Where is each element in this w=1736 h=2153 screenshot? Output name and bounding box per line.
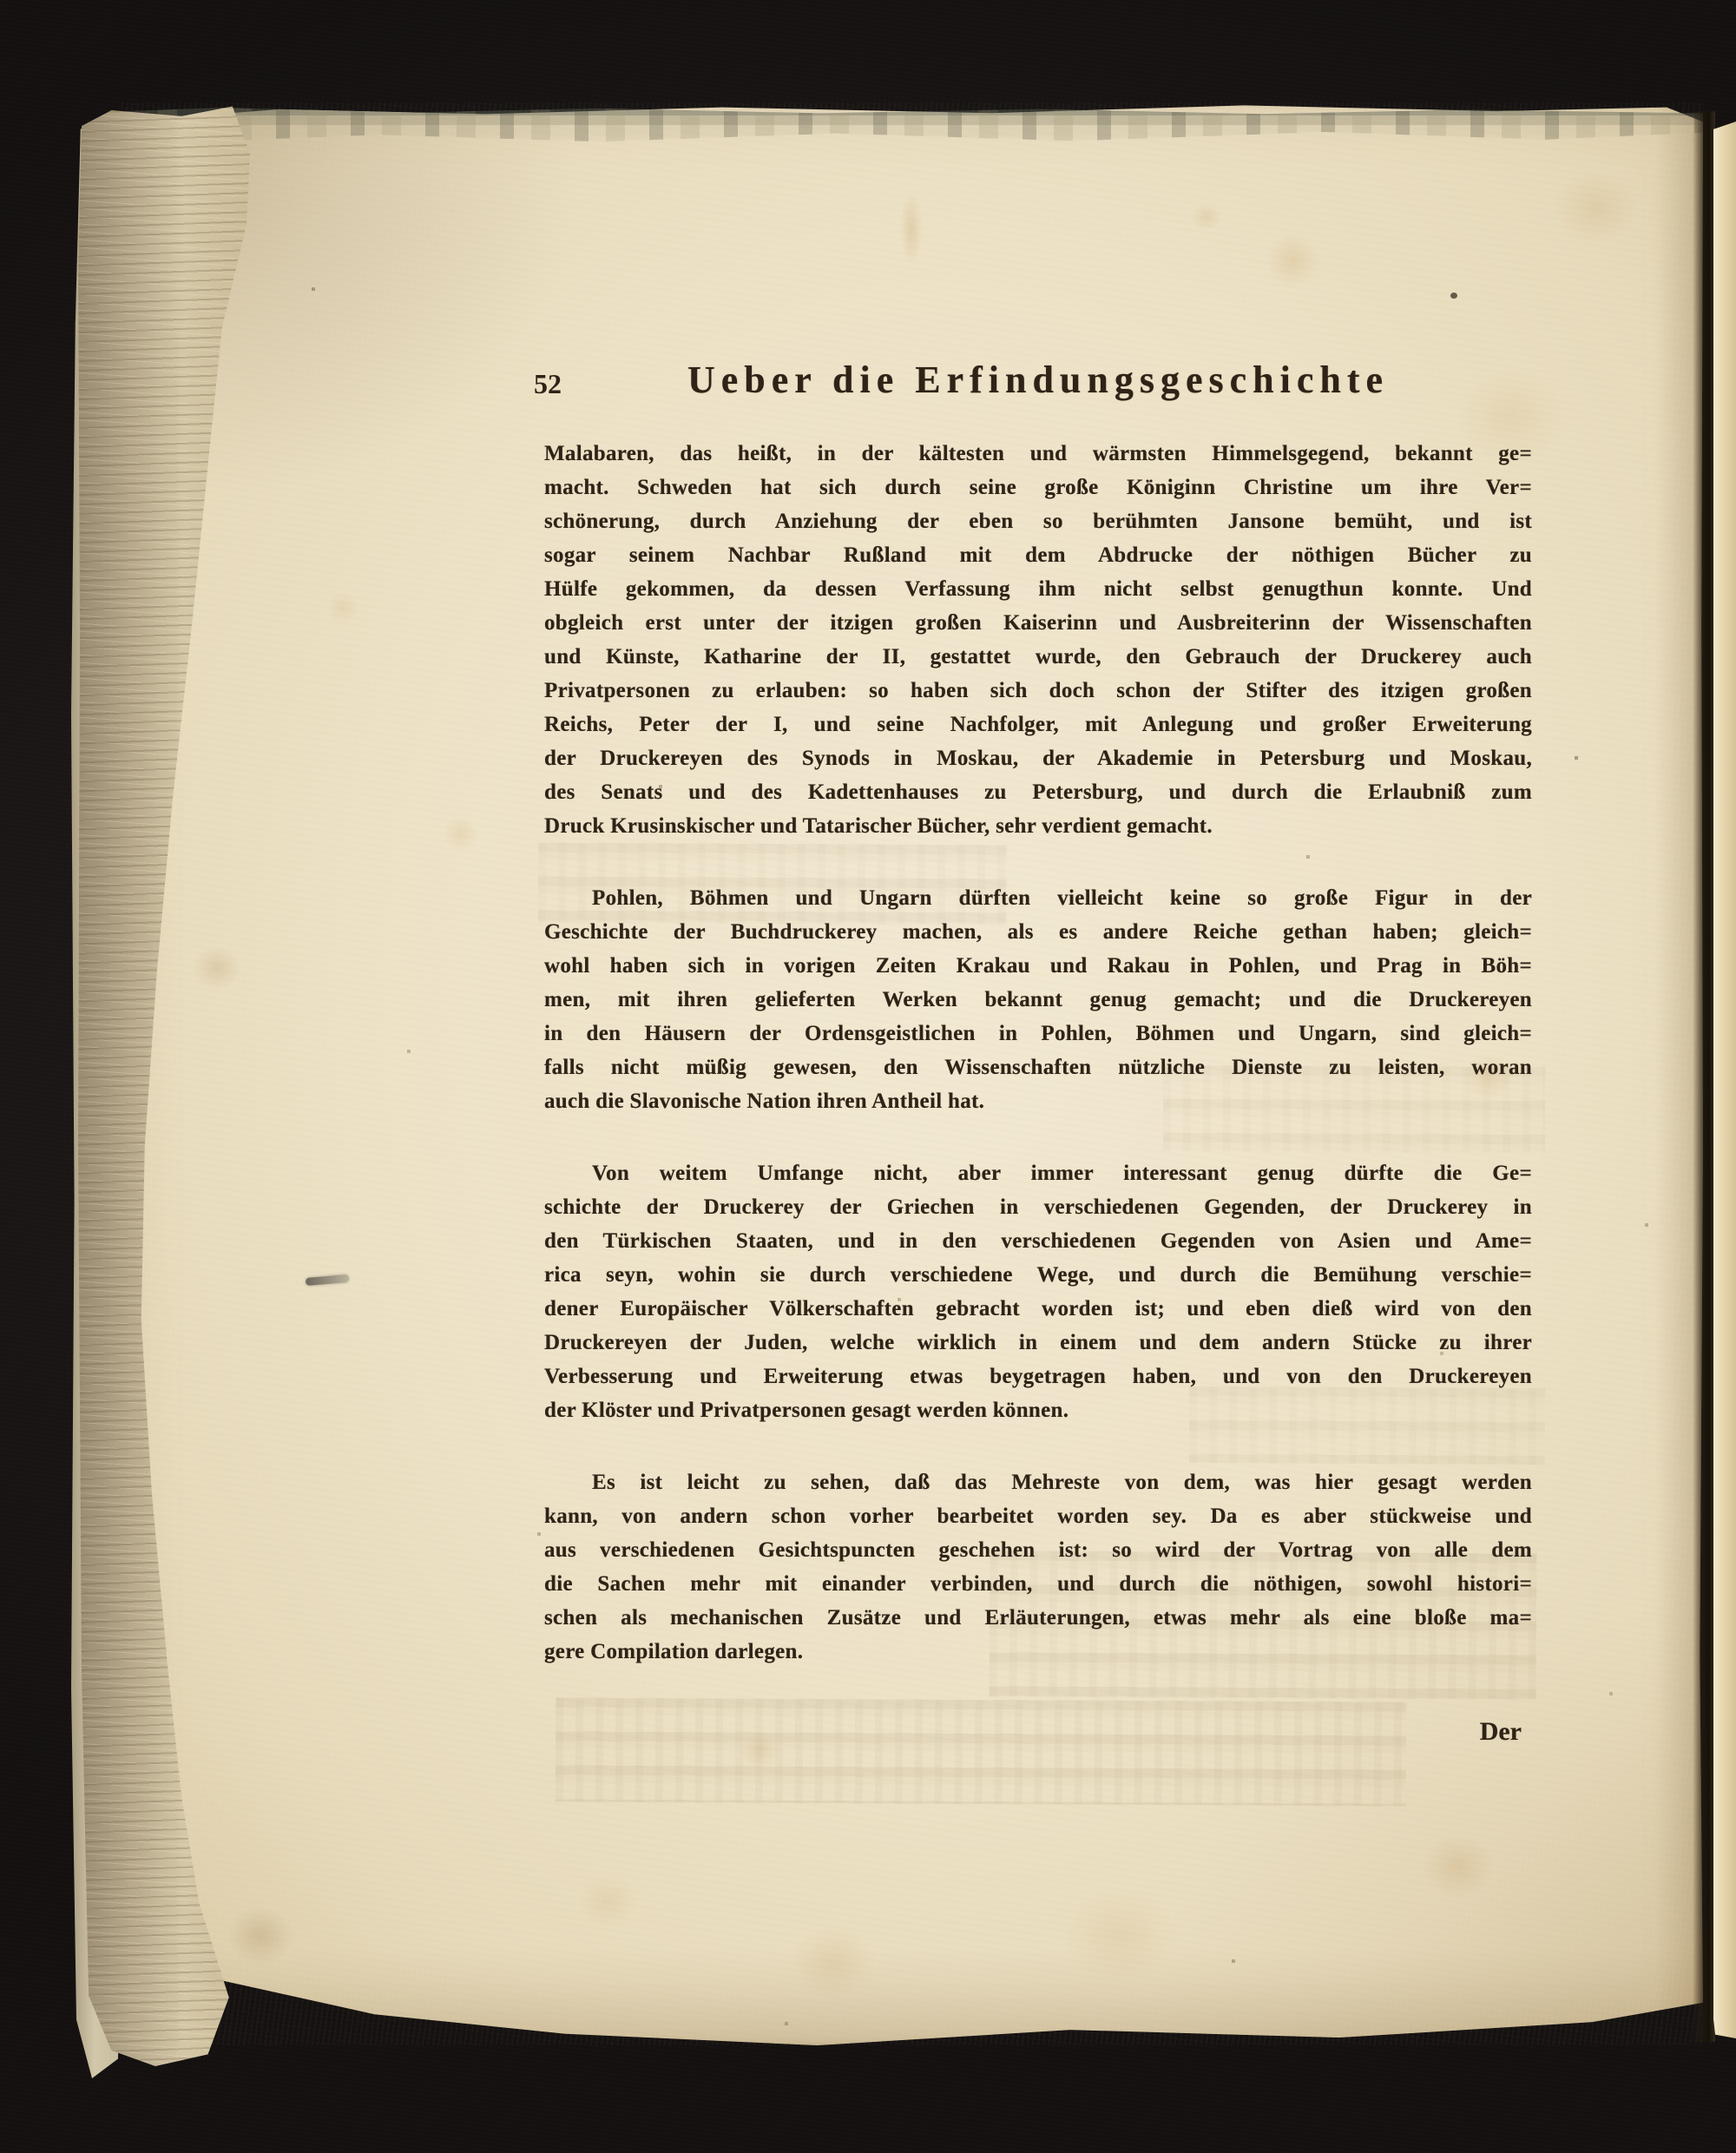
text-line: Pohlen, Böhmen und Ungarn dürften vielle… — [544, 881, 1532, 915]
text-line: den Türkischen Staaten, und in den versc… — [544, 1224, 1532, 1258]
paper-fiber-specks — [0, 0, 2, 2]
text-line: in den Häusern der Ordensgeistlichen in … — [544, 1017, 1532, 1050]
text-line: Von weitem Umfange nicht, aber immer int… — [544, 1156, 1532, 1190]
text-line: aus verschiedenen Gesichtspuncten gesche… — [544, 1533, 1532, 1567]
ink-speck — [1450, 293, 1457, 299]
paragraph: Pohlen, Böhmen und Ungarn dürften vielle… — [544, 881, 1532, 1118]
text-line: dener Europäischer Völkerschaften gebrac… — [544, 1292, 1532, 1326]
paragraph: Von weitem Umfange nicht, aber immer int… — [544, 1156, 1532, 1427]
running-header: Ueber die Erfindungsgeschichte — [544, 358, 1532, 402]
text-line: falls nicht müßig gewesen, den Wissensch… — [544, 1050, 1532, 1084]
text-line: Es ist leicht zu sehen, daß das Mehreste… — [544, 1465, 1532, 1499]
text-line: die Sachen mehr mit einander verbinden, … — [544, 1567, 1532, 1601]
paragraph: Es ist leicht zu sehen, daß das Mehreste… — [544, 1465, 1532, 1669]
text-line: Geschichte der Buchdruckerey machen, als… — [544, 915, 1532, 949]
page-gutter-shadow — [1693, 111, 1715, 2042]
text-line: schichte der Druckerey der Griechen in v… — [544, 1190, 1532, 1224]
text-line: gere Compilation darlegen. — [544, 1635, 1532, 1669]
text-line: men, mit ihren gelieferten Werken bekann… — [544, 983, 1532, 1017]
text-line: Reichs, Peter der I, und seine Nachfolge… — [544, 708, 1532, 741]
text-line: Druck Krusinskischer und Tatarischer Büc… — [544, 809, 1532, 843]
text-line: rica seyn, wohin sie durch verschiedene … — [544, 1258, 1532, 1292]
text-line: wohl haben sich in vorigen Zeiten Krakau… — [544, 949, 1532, 983]
text-line: schen als mechanischen Zusätze und Erläu… — [544, 1601, 1532, 1635]
text-line: kann, von andern schon vorher bearbeitet… — [544, 1499, 1532, 1533]
text-line: Hülfe gekommen, da dessen Verfassung ihm… — [544, 572, 1532, 606]
text-body: Malabaren, das heißt, in der kältesten u… — [544, 437, 1532, 1669]
next-page-sliver — [1713, 122, 1736, 2038]
text-line: der Klöster und Privatpersonen gesagt we… — [544, 1393, 1532, 1427]
text-line: macht. Schweden hat sich durch seine gro… — [544, 471, 1532, 504]
text-line: Malabaren, das heißt, in der kältesten u… — [544, 437, 1532, 471]
text-line: Privatpersonen zu erlauben: so haben sic… — [544, 674, 1532, 708]
text-line: des Senats und des Kadettenhauses zu Pet… — [544, 775, 1532, 809]
text-line: schönerung, durch Anziehung der eben so … — [544, 504, 1532, 538]
text-line: obgleich erst unter der itzigen großen K… — [544, 606, 1532, 640]
text-line: Druckereyen der Juden, welche wirklich i… — [544, 1326, 1532, 1360]
paragraph: Malabaren, das heißt, in der kältesten u… — [544, 437, 1532, 843]
catchword: Der — [544, 1717, 1522, 1747]
book-scan-stage: 52 Ueber die Erfindungsgeschichte Malaba… — [0, 0, 1736, 2153]
text-line: Verbesserung und Erweiterung etwas beyge… — [544, 1360, 1532, 1393]
text-line: und Künste, Katharine der II, gestattet … — [544, 640, 1532, 674]
text-line: auch die Slavonische Nation ihren Anthei… — [544, 1084, 1532, 1118]
text-line: sogar seinem Nachbar Rußland mit dem Abd… — [544, 538, 1532, 572]
text-line: der Druckereyen des Synods in Moskau, de… — [544, 741, 1532, 775]
